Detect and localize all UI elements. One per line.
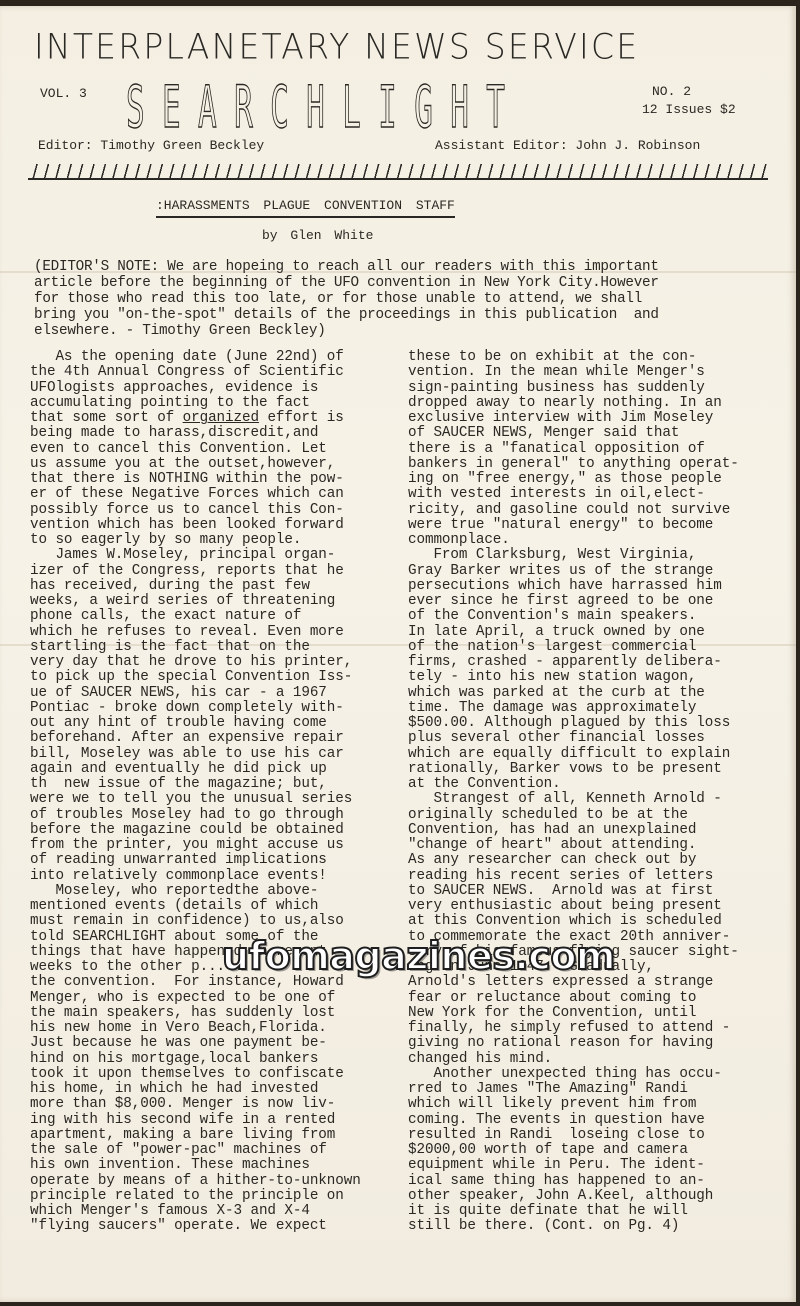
article-headline: :HARASSMENTS PLAGUE CONVENTION STAFF [156, 198, 455, 218]
newsletter-page: INTERPLANETARY NEWS SERVICE VOL. 3 SEARC… [0, 6, 796, 1302]
editor-credit: Editor: Timothy Green Beckley [38, 138, 264, 153]
service-name: INTERPLANETARY NEWS SERVICE [34, 26, 639, 67]
article-column-right: these to be on exhibit at the con- venti… [408, 350, 739, 1235]
editors-note: (EDITOR'S NOTE: We are hopeing to reach … [34, 260, 774, 340]
publication-title: SEARCHLIGHT [126, 74, 522, 141]
left-column-text-b: effort is being made to harass,discredit… [30, 410, 361, 1234]
hatched-divider [28, 164, 768, 180]
subscription-price: 12 Issues $2 [642, 102, 736, 117]
emphasized-word: organized [183, 410, 259, 426]
article-column-left: As the opening date (June 22nd) of the 4… [30, 350, 361, 1235]
site-watermark: ufomagazines.com [222, 934, 615, 978]
assistant-editor-credit: Assistant Editor: John J. Robinson [435, 138, 700, 153]
volume-label: VOL. 3 [40, 86, 87, 101]
article-byline: by Glen White [262, 228, 373, 243]
issue-number: NO. 2 [652, 84, 691, 99]
